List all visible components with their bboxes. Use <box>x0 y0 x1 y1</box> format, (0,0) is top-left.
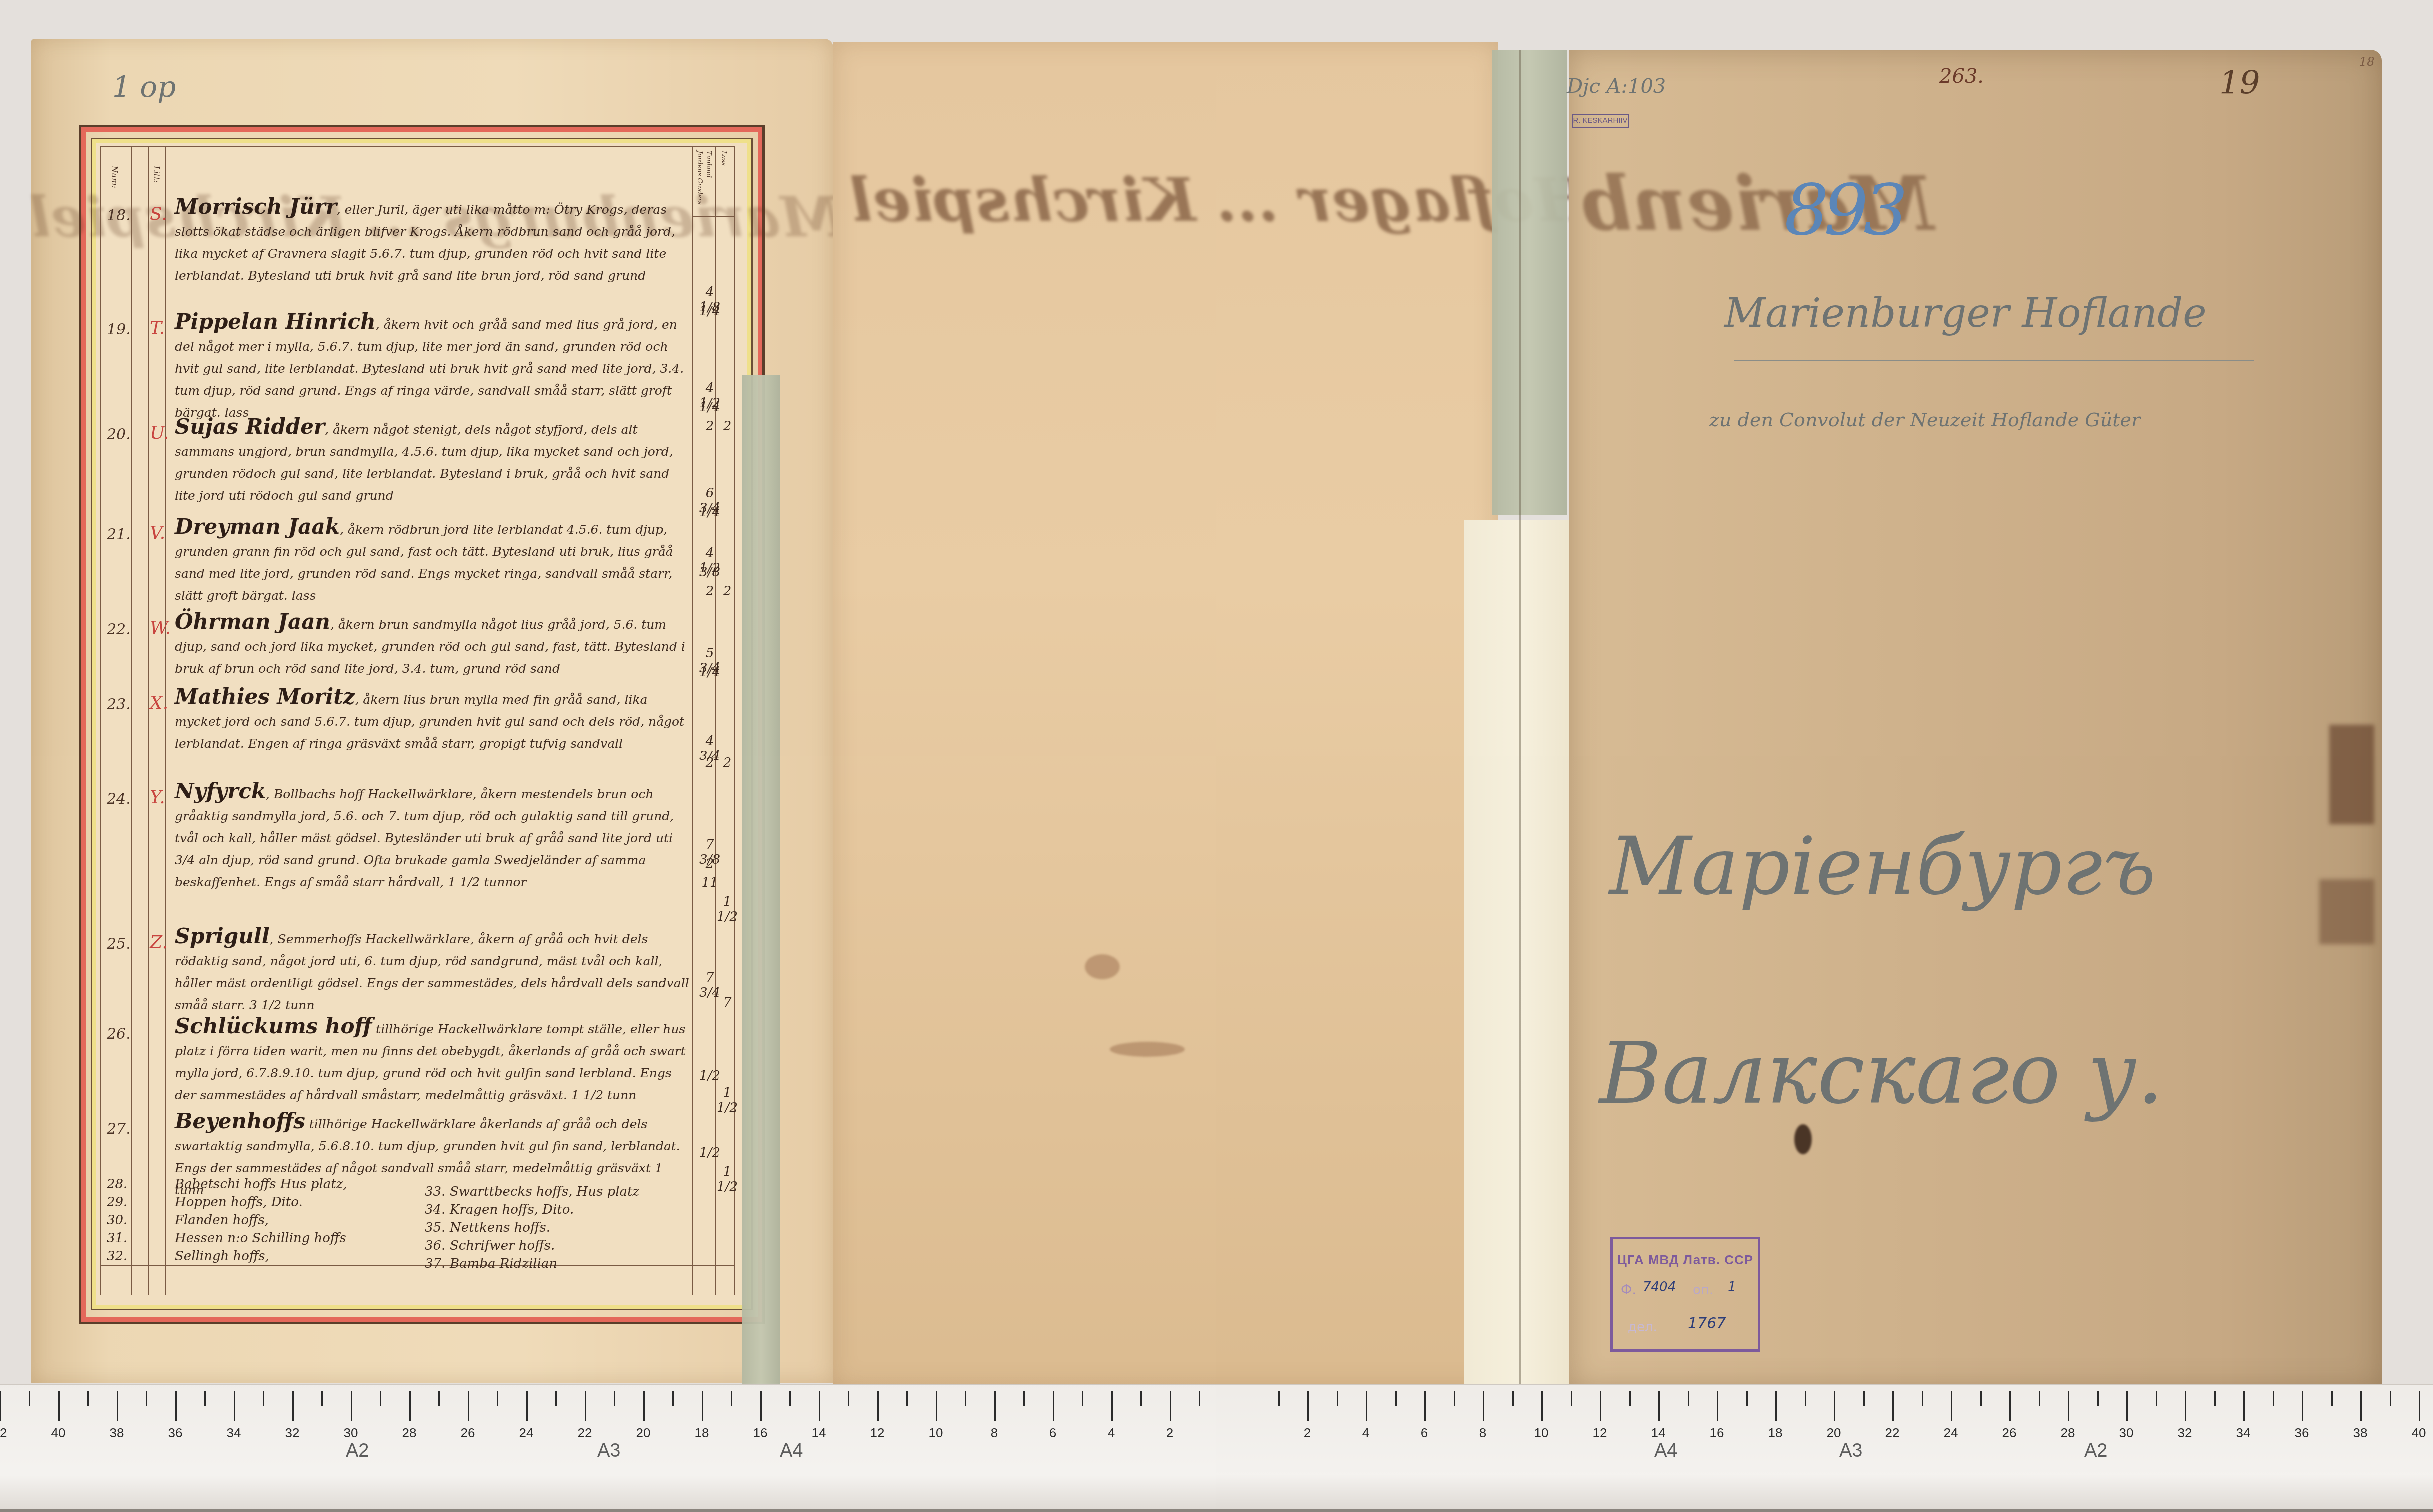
stamp-opis-value: 1 <box>1728 1280 1736 1295</box>
ruler-tick <box>1140 1391 1142 1406</box>
ruler-tick <box>643 1391 645 1421</box>
ruler-tick <box>994 1391 996 1421</box>
entry-value: 7 <box>712 995 742 1010</box>
ruler-tick <box>2419 1391 2420 1421</box>
ruler-tick <box>936 1391 937 1421</box>
format-label-a3-left: A3 <box>597 1440 620 1462</box>
ruler-number: 22 <box>572 1425 597 1441</box>
ruler-number: 18 <box>1763 1425 1788 1441</box>
entry-value: 1 1/2 <box>712 1085 742 1115</box>
header-grades: Jordens Graders <box>696 151 703 205</box>
ruler-tick <box>2390 1391 2391 1406</box>
list-right: Swarttbecks hoffs, Hus platz Kragen hoff… <box>450 1183 685 1273</box>
ruler-tick <box>526 1391 528 1421</box>
stamp-delo-value: 1767 <box>1688 1315 1726 1332</box>
ruler-tick <box>1023 1391 1025 1406</box>
ruler-number: 30 <box>338 1425 363 1441</box>
ruler-tick <box>877 1391 879 1421</box>
ruler-tick <box>2302 1391 2303 1421</box>
ruler-tick <box>1658 1391 1660 1421</box>
entry-name: Pippelan Hinrich <box>175 309 376 334</box>
ruler-tick <box>29 1391 30 1406</box>
entry-number: 26. <box>107 1025 127 1043</box>
ruler-tick <box>1600 1391 1601 1421</box>
ruler-tick <box>1775 1391 1777 1421</box>
right-page <box>1569 50 2382 1389</box>
ink-smear <box>2329 725 2374 824</box>
archive-code: Djc A:103 <box>1567 75 1666 98</box>
ruler-tick <box>1053 1391 1054 1421</box>
ruler-number: 6 <box>1412 1425 1437 1441</box>
ruler-tick <box>1395 1391 1397 1406</box>
ruler-tick <box>2156 1391 2157 1406</box>
entry-name: Beyenhoffs <box>175 1109 305 1133</box>
ruler-tick <box>965 1391 966 1406</box>
ruler-tick <box>1834 1391 1835 1421</box>
ruler-tick <box>1951 1391 1952 1421</box>
ruler-tick <box>1199 1391 1200 1406</box>
stain <box>1085 954 1120 979</box>
entry-value: 1 1/2 <box>712 1164 742 1194</box>
header-hay: Lass <box>720 151 727 166</box>
ruler-tick <box>1863 1391 1865 1406</box>
entry-value: 1/4 <box>695 505 725 520</box>
ruler-tick <box>2360 1391 2362 1421</box>
ruler-tick <box>2185 1391 2186 1421</box>
entry-letter: W. <box>150 618 170 638</box>
header-letter: Litt: <box>152 166 161 183</box>
ruler-number: 34 <box>221 1425 246 1441</box>
ruler-number: 4 <box>1353 1425 1378 1441</box>
list-item: Bamba Ridzilian <box>450 1255 685 1273</box>
entry-value: 1/2 <box>695 1145 725 1160</box>
ruler-tick <box>0 1391 1 1421</box>
entry-value: 1/4 <box>695 304 725 319</box>
ruler-number: 16 <box>748 1425 773 1441</box>
entry-value: 3/8 <box>695 565 725 580</box>
ruler-number: 32 <box>2172 1425 2197 1441</box>
entry-number: 18. <box>107 207 127 224</box>
ruler-number: 10 <box>1529 1425 1554 1441</box>
list-number: 28. <box>107 1175 127 1193</box>
entry-value: 1/2 <box>695 1068 725 1083</box>
ruler-number: 34 <box>2231 1425 2256 1441</box>
ruler-tick <box>1629 1391 1631 1406</box>
stamp-fond-value: 7404 <box>1643 1280 1676 1295</box>
ruler-tick <box>2126 1391 2128 1421</box>
ruler-tick <box>1337 1391 1338 1406</box>
ledger-table: Num: Litt: Jordens Graders Tunland Lass … <box>100 146 735 1295</box>
blue-pencil-number: 893 <box>1784 170 1903 251</box>
ruler-tick <box>906 1391 908 1406</box>
ruler-tick <box>234 1391 235 1421</box>
format-label-a3-right: A3 <box>1839 1440 1862 1462</box>
list-item: Hoppen hoffs, Dito. <box>175 1193 415 1211</box>
ruler-number: 6 <box>1040 1425 1065 1441</box>
ruler-tick <box>2331 1391 2333 1406</box>
ruler-tick <box>146 1391 147 1406</box>
ruler-tick <box>819 1391 820 1421</box>
ruler-number: 16 <box>1704 1425 1729 1441</box>
entry-number: 19. <box>107 321 127 338</box>
ruler-number: 14 <box>1646 1425 1671 1441</box>
ruler-number: 42 <box>0 1425 12 1441</box>
ruler-tick <box>2009 1391 2011 1421</box>
ledger-entry: Dreyman Jaak, åkern rödbrun jord lite le… <box>175 516 690 607</box>
ruler-tick <box>497 1391 498 1406</box>
ledger-entry: Nyfyrck, Bollbachs hoff Hackellwärklare,… <box>175 780 690 893</box>
ruler-tick <box>2273 1391 2274 1406</box>
corner-mark: 18 <box>2359 55 2375 69</box>
ruler-number: 40 <box>46 1425 71 1441</box>
list-right-numbers: 33. 34. 35. 36. 37. <box>425 1183 450 1273</box>
entry-letter: Z. <box>150 932 170 953</box>
ruler-tick <box>1278 1391 1280 1406</box>
ruler-tick <box>760 1391 762 1421</box>
ruler-number: 28 <box>2055 1425 2080 1441</box>
entry-value: 2 <box>712 756 742 770</box>
ruler-tick <box>204 1391 206 1406</box>
entry-letter: S. <box>150 204 170 224</box>
ruler-number: 28 <box>397 1425 422 1441</box>
entry-number: 25. <box>107 935 127 953</box>
format-label-a2-left: A2 <box>346 1440 369 1462</box>
list-number: 33. <box>425 1183 450 1201</box>
ruler-number: 2 <box>1295 1425 1320 1441</box>
ruler-tick <box>672 1391 674 1406</box>
ledger-entry: Schlückums hoff tillhörige Hackellwärkla… <box>175 1015 690 1106</box>
list-number: 30. <box>107 1211 127 1229</box>
ruler-tick <box>87 1391 89 1406</box>
repair-tape-spine-top <box>1492 50 1567 515</box>
ruler-tick <box>1922 1391 1923 1406</box>
ruler-number: 10 <box>923 1425 948 1441</box>
archive-stamp: ЦГА МВД Латв. ССР Ф. 7404 оп. 1 дел. 176… <box>1610 1237 1760 1352</box>
entry-name: Dreyman Jaak <box>175 514 340 539</box>
ruler-tick <box>585 1391 586 1421</box>
ruler-tick <box>380 1391 381 1406</box>
ruler-number: 36 <box>163 1425 188 1441</box>
entry-name: Sprigull <box>175 924 270 948</box>
format-label-a4-right: A4 <box>1654 1440 1677 1462</box>
ruler-tick <box>1980 1391 1982 1406</box>
ledger-entry: Morrisch Jürr, eller Juril, äger uti lik… <box>175 196 690 287</box>
entry-number: 24. <box>107 790 127 808</box>
cyrillic-district: Валкскаго у. <box>1599 1024 2164 1123</box>
format-label-a2-right: A2 <box>2084 1440 2107 1462</box>
ruler-number: 8 <box>1470 1425 1495 1441</box>
keskarhiiv-stamp: R. KESKARHIIV <box>1572 114 1629 128</box>
ruler-tick <box>702 1391 703 1421</box>
ruler-tick <box>1424 1391 1426 1421</box>
ruler-number: 38 <box>104 1425 129 1441</box>
ruler-tick <box>438 1391 440 1406</box>
measurement-ruler: 4240383634323028262422201816141210864224… <box>0 1384 2433 1512</box>
ruler-number: 12 <box>1587 1425 1612 1441</box>
ruler-number: 2 <box>1157 1425 1182 1441</box>
stamp-delo-label: дел. <box>1628 1320 1657 1335</box>
ruler-tick <box>1688 1391 1689 1406</box>
ruler-number: 38 <box>2348 1425 2373 1441</box>
entry-value: 1/4 <box>695 665 725 680</box>
entry-letter: T. <box>150 318 170 338</box>
ruler-tick <box>468 1391 469 1421</box>
list-item: Flanden hoffs, <box>175 1211 415 1229</box>
entry-name: Öhrman Jaan <box>175 609 330 634</box>
repair-tape-spine-bottom <box>1464 520 1579 1389</box>
pencil-title-underline <box>1734 360 2254 361</box>
ruler-tick <box>2039 1391 2040 1406</box>
ruler-tick <box>292 1391 294 1421</box>
ledger-entry: Sprigull, Semmerhoffs Hackellwärklare, å… <box>175 925 690 1016</box>
entry-value: 2 <box>712 584 742 599</box>
ruler-tick <box>2068 1391 2069 1421</box>
ruler-tick <box>1307 1391 1309 1421</box>
list-number: 37. <box>425 1255 450 1273</box>
ink-blot <box>1794 1124 1812 1154</box>
ruler-tick <box>2243 1391 2245 1421</box>
header-number: Num: <box>110 166 119 188</box>
ruler-tick <box>1892 1391 1894 1421</box>
ruler-tick <box>1111 1391 1113 1421</box>
entry-letter: Y. <box>150 787 170 808</box>
ruler-number: 24 <box>514 1425 539 1441</box>
ruler-tick <box>1541 1391 1543 1421</box>
ruler-number: 36 <box>2289 1425 2314 1441</box>
ruler-tick <box>2214 1391 2216 1406</box>
ruler-tick <box>2097 1391 2099 1406</box>
ledger-entry: Pippelan Hinrich, åkern hvit och gråå sa… <box>175 311 690 424</box>
stamp-opis-label: оп. <box>1693 1283 1713 1298</box>
entry-letter: X. <box>150 693 170 713</box>
ruler-tick <box>175 1391 177 1421</box>
ruler-number: 26 <box>455 1425 480 1441</box>
ledger-entry: Sujas Ridder, åkern något stenigt, dels … <box>175 416 690 507</box>
ruler-number: 20 <box>1821 1425 1846 1441</box>
stain <box>1110 1042 1185 1057</box>
entry-number: 22. <box>107 621 127 638</box>
ruler-number: 26 <box>1997 1425 2022 1441</box>
ruler-number: 8 <box>982 1425 1007 1441</box>
ruler-number: 30 <box>2114 1425 2139 1441</box>
ruler-tick <box>731 1391 732 1406</box>
list-number: 32. <box>107 1247 127 1265</box>
ruler-tick <box>321 1391 323 1406</box>
entry-letter: V. <box>150 523 170 543</box>
entry-value: 2 <box>695 856 725 871</box>
entry-value: 1/4 <box>695 400 725 415</box>
entry-number: 23. <box>107 696 127 713</box>
entry-name: Schlückums hoff <box>175 1014 372 1038</box>
list-item: Swarttbecks hoffs, Hus platz <box>450 1183 685 1201</box>
ruler-bottom-edge <box>0 1509 2433 1512</box>
entry-name: Nyfyrck <box>175 779 266 803</box>
stamp-title: ЦГА МВД Латв. ССР <box>1613 1252 1758 1268</box>
list-number: 35. <box>425 1219 450 1237</box>
middle-page <box>833 42 1498 1386</box>
list-item: Kragen hoffs, Dito. <box>450 1201 685 1219</box>
stamp-fond-label: Ф. <box>1621 1283 1636 1298</box>
page-number: 19 <box>2219 65 2260 102</box>
ruler-tick <box>614 1391 615 1406</box>
ruler-number: 40 <box>2406 1425 2431 1441</box>
ruler-number: 22 <box>1880 1425 1905 1441</box>
list-item: Babetschi hoffs Hus platz, <box>175 1175 415 1193</box>
ruler-number: 14 <box>806 1425 831 1441</box>
list-number: 31. <box>107 1229 127 1247</box>
ruler-number: 18 <box>689 1425 714 1441</box>
ledger-entry: Mathies Moritz, åkern lius brun mylla me… <box>175 686 690 755</box>
folio-number: 263. <box>1939 65 1984 88</box>
ruler-tick <box>409 1391 411 1421</box>
ruler-tick <box>1483 1391 1484 1421</box>
format-label-a4-left: A4 <box>780 1440 803 1462</box>
ruler-tick <box>58 1391 60 1421</box>
ruler-tick <box>848 1391 849 1406</box>
entry-name: Morrisch Jürr <box>175 194 337 219</box>
list-item: Hessen n:o Schilling hoffs <box>175 1229 415 1247</box>
ruler-number: 12 <box>865 1425 890 1441</box>
spine-fold <box>1519 50 1521 1389</box>
list-left-numbers: 28. 29. 30. 31. 32. <box>107 1175 127 1265</box>
ruler-tick <box>117 1391 118 1421</box>
ruler-tick <box>1366 1391 1367 1421</box>
ruler-tick <box>1805 1391 1806 1406</box>
ruler-tick <box>351 1391 352 1421</box>
ruler-tick <box>263 1391 264 1406</box>
entry-number: 20. <box>107 426 127 443</box>
entry-name: Mathies Moritz <box>175 684 355 709</box>
pencil-mark: 1 op <box>112 70 176 104</box>
list-number: 29. <box>107 1193 127 1211</box>
ruler-tick <box>1512 1391 1514 1406</box>
ruler-tick <box>555 1391 557 1406</box>
ruler-tick <box>789 1391 791 1406</box>
list-item: Sellingh hoffs, <box>175 1247 415 1265</box>
entry-value: 2 <box>712 419 742 434</box>
pencil-title: Marienburger Hoflande <box>1724 290 2207 336</box>
repair-tape-left <box>742 375 780 1389</box>
ruler-number: 32 <box>280 1425 305 1441</box>
entry-name: Sujas Ridder <box>175 414 325 439</box>
list-left: Babetschi hoffs Hus platz, Hoppen hoffs,… <box>175 1175 415 1265</box>
entry-value: 11 <box>695 875 725 890</box>
ruler-tick <box>1082 1391 1083 1406</box>
ruler-tick <box>1746 1391 1748 1406</box>
ledger-entry: Öhrman Jaan, åkern brun sandmylla något … <box>175 611 690 680</box>
ruler-tick <box>1454 1391 1455 1406</box>
list-item: Schrifwer hoffs. <box>450 1237 685 1255</box>
ruler-number: 4 <box>1099 1425 1124 1441</box>
list-number: 36. <box>425 1237 450 1255</box>
entry-number: 21. <box>107 526 127 543</box>
ruler-tick <box>1571 1391 1572 1406</box>
entry-letter: U. <box>150 423 170 443</box>
entry-number: 27. <box>107 1120 127 1138</box>
ruler-number: 24 <box>1938 1425 1963 1441</box>
header-area: Tunland <box>705 151 712 178</box>
cyrillic-place-name: Маріенбургъ <box>1609 819 2156 913</box>
list-number: 34. <box>425 1201 450 1219</box>
entry-value: 1 1/2 <box>712 894 742 924</box>
list-item: Nettkens hoffs. <box>450 1219 685 1237</box>
pencil-subtitle: zu den Convolut der Neuzeit Hoflande Güt… <box>1709 400 2359 440</box>
ruler-number: 20 <box>631 1425 656 1441</box>
ink-smear <box>2319 879 2374 944</box>
ruler-tick <box>1717 1391 1718 1421</box>
ruler-tick <box>1170 1391 1171 1421</box>
